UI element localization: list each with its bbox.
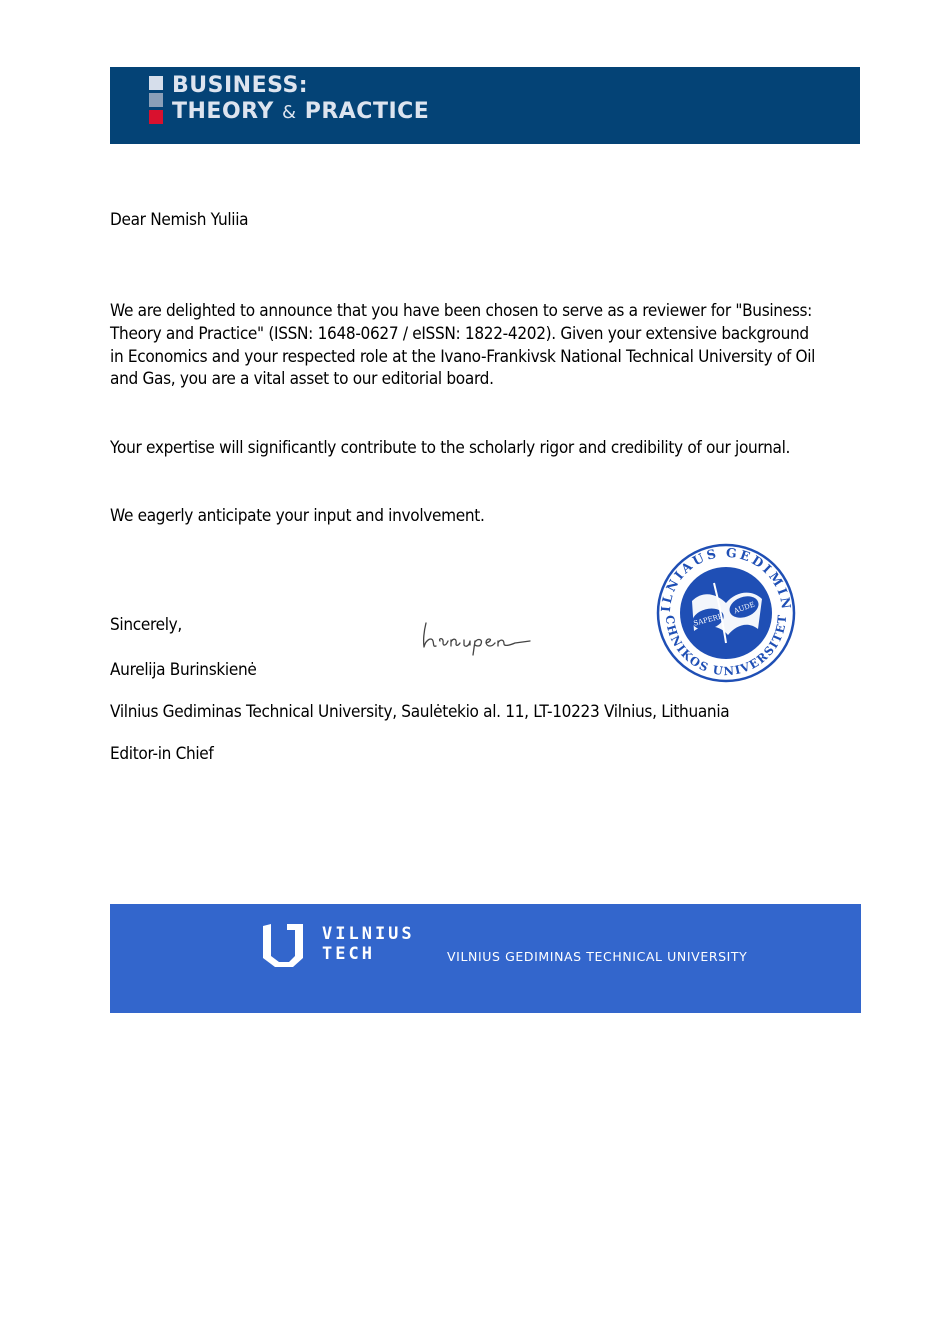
journal-title-line2: THEORY & PRACTICE: [172, 99, 429, 126]
salutation: Dear Nemish Yuliia: [110, 209, 248, 232]
university-name: VILNIUS GEDIMINAS TECHNICAL UNIVERSITY: [447, 949, 747, 964]
signer-address: Vilnius Gediminas Technical University, …: [110, 701, 729, 724]
university-footer-banner: VILNIUS TECH VILNIUS GEDIMINAS TECHNICAL…: [110, 904, 861, 1013]
vilnius-tech-wordmark: VILNIUS TECH: [322, 924, 415, 964]
logo-square-red: [149, 110, 163, 124]
paragraph-anticipation: We eagerly anticipate your input and inv…: [110, 505, 485, 528]
signer-name: Aurelija Burinskienė: [110, 659, 257, 682]
journal-logo-squares-icon: [149, 76, 163, 127]
paragraph-expertise: Your expertise will significantly contri…: [110, 437, 817, 460]
journal-title: BUSINESS: THEORY & PRACTICE: [172, 73, 429, 126]
closing: Sincerely,: [110, 614, 182, 637]
logo-square-light: [149, 76, 163, 90]
handwritten-signature: [420, 617, 535, 657]
university-seal-icon: VILNIAUS GEDIMINO TECHNIKOS UNIVERSITETA…: [656, 543, 796, 683]
paragraph-announcement: We are delighted to announce that you ha…: [110, 300, 817, 391]
journal-title-line1: BUSINESS:: [172, 73, 429, 99]
journal-header-banner: BUSINESS: THEORY & PRACTICE: [110, 67, 860, 144]
logo-square-mid: [149, 93, 163, 107]
vilnius-tech-logo-icon: [261, 922, 305, 968]
signer-title: Editor-in Chief: [110, 743, 214, 766]
